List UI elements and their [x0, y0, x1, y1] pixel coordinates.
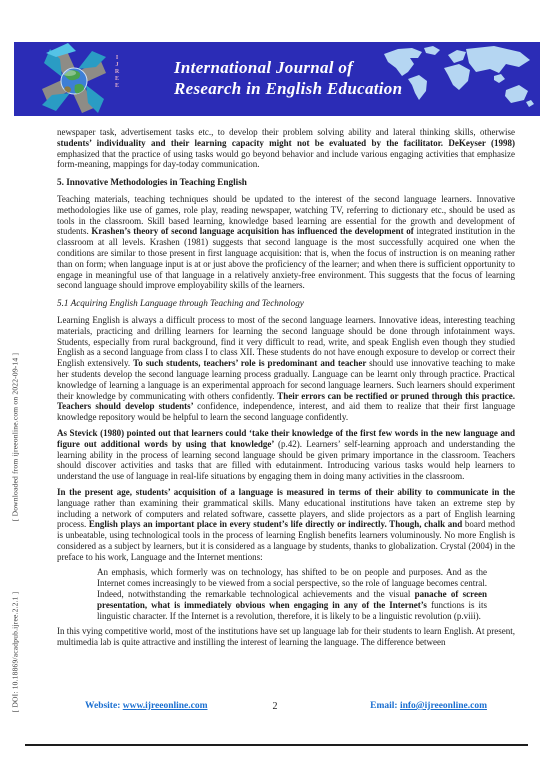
journal-banner: IJREE International Journal of Research … — [14, 42, 540, 116]
doi-watermark: [ DOI: 10.18869/acadpub.ijree.2.2.1 ] — [11, 592, 20, 713]
section-5-1-heading: 5.1 Acquiring English Language through T… — [57, 298, 515, 309]
journal-title-line1: International Journal of — [174, 57, 402, 78]
footer-website: Website: www.ijreeonline.com — [85, 701, 208, 711]
paragraph-learning-english: Learning English is always a difficult p… — [57, 315, 515, 423]
journal-title-line2: Research in English Education — [174, 78, 402, 99]
journal-logo: IJREE — [26, 43, 136, 115]
page-footer: Website: www.ijreeonline.com 2 Email: in… — [0, 701, 550, 717]
website-link[interactable]: www.ijreeonline.com — [123, 701, 208, 711]
world-map-icon — [378, 46, 536, 112]
paragraph-language-lab: In this vying competitive world, most of… — [57, 626, 515, 648]
paragraph-stevick: As Stevick (1980) pointed out that learn… — [57, 428, 515, 482]
article-body: newspaper task, advertisement tasks etc.… — [57, 127, 515, 653]
downloaded-watermark: [ Downloaded from ijreeonline.com on 202… — [11, 353, 20, 521]
section-5-heading: 5. Innovative Methodologies in Teaching … — [57, 177, 515, 188]
journal-title: International Journal of Research in Eng… — [174, 57, 402, 99]
paragraph-continuation: newspaper task, advertisement tasks etc.… — [57, 127, 515, 170]
journal-page: [ Downloaded from ijreeonline.com on 202… — [0, 0, 550, 777]
email-link[interactable]: info@ijreeonline.com — [400, 701, 487, 711]
footer-divider — [25, 744, 528, 746]
footer-email: Email: info@ijreeonline.com — [370, 701, 487, 711]
crystal-block-quote: An emphasis, which formerly was on techn… — [97, 567, 487, 621]
paragraph-present-age: In the present age, students’ acquisitio… — [57, 487, 515, 563]
page-number: 2 — [273, 701, 278, 712]
email-label: Email: — [370, 701, 397, 711]
paragraph-section-5: Teaching materials, teaching techniques … — [57, 194, 515, 291]
logo-acronym: IJREE — [114, 55, 120, 90]
website-label: Website: — [85, 701, 120, 711]
